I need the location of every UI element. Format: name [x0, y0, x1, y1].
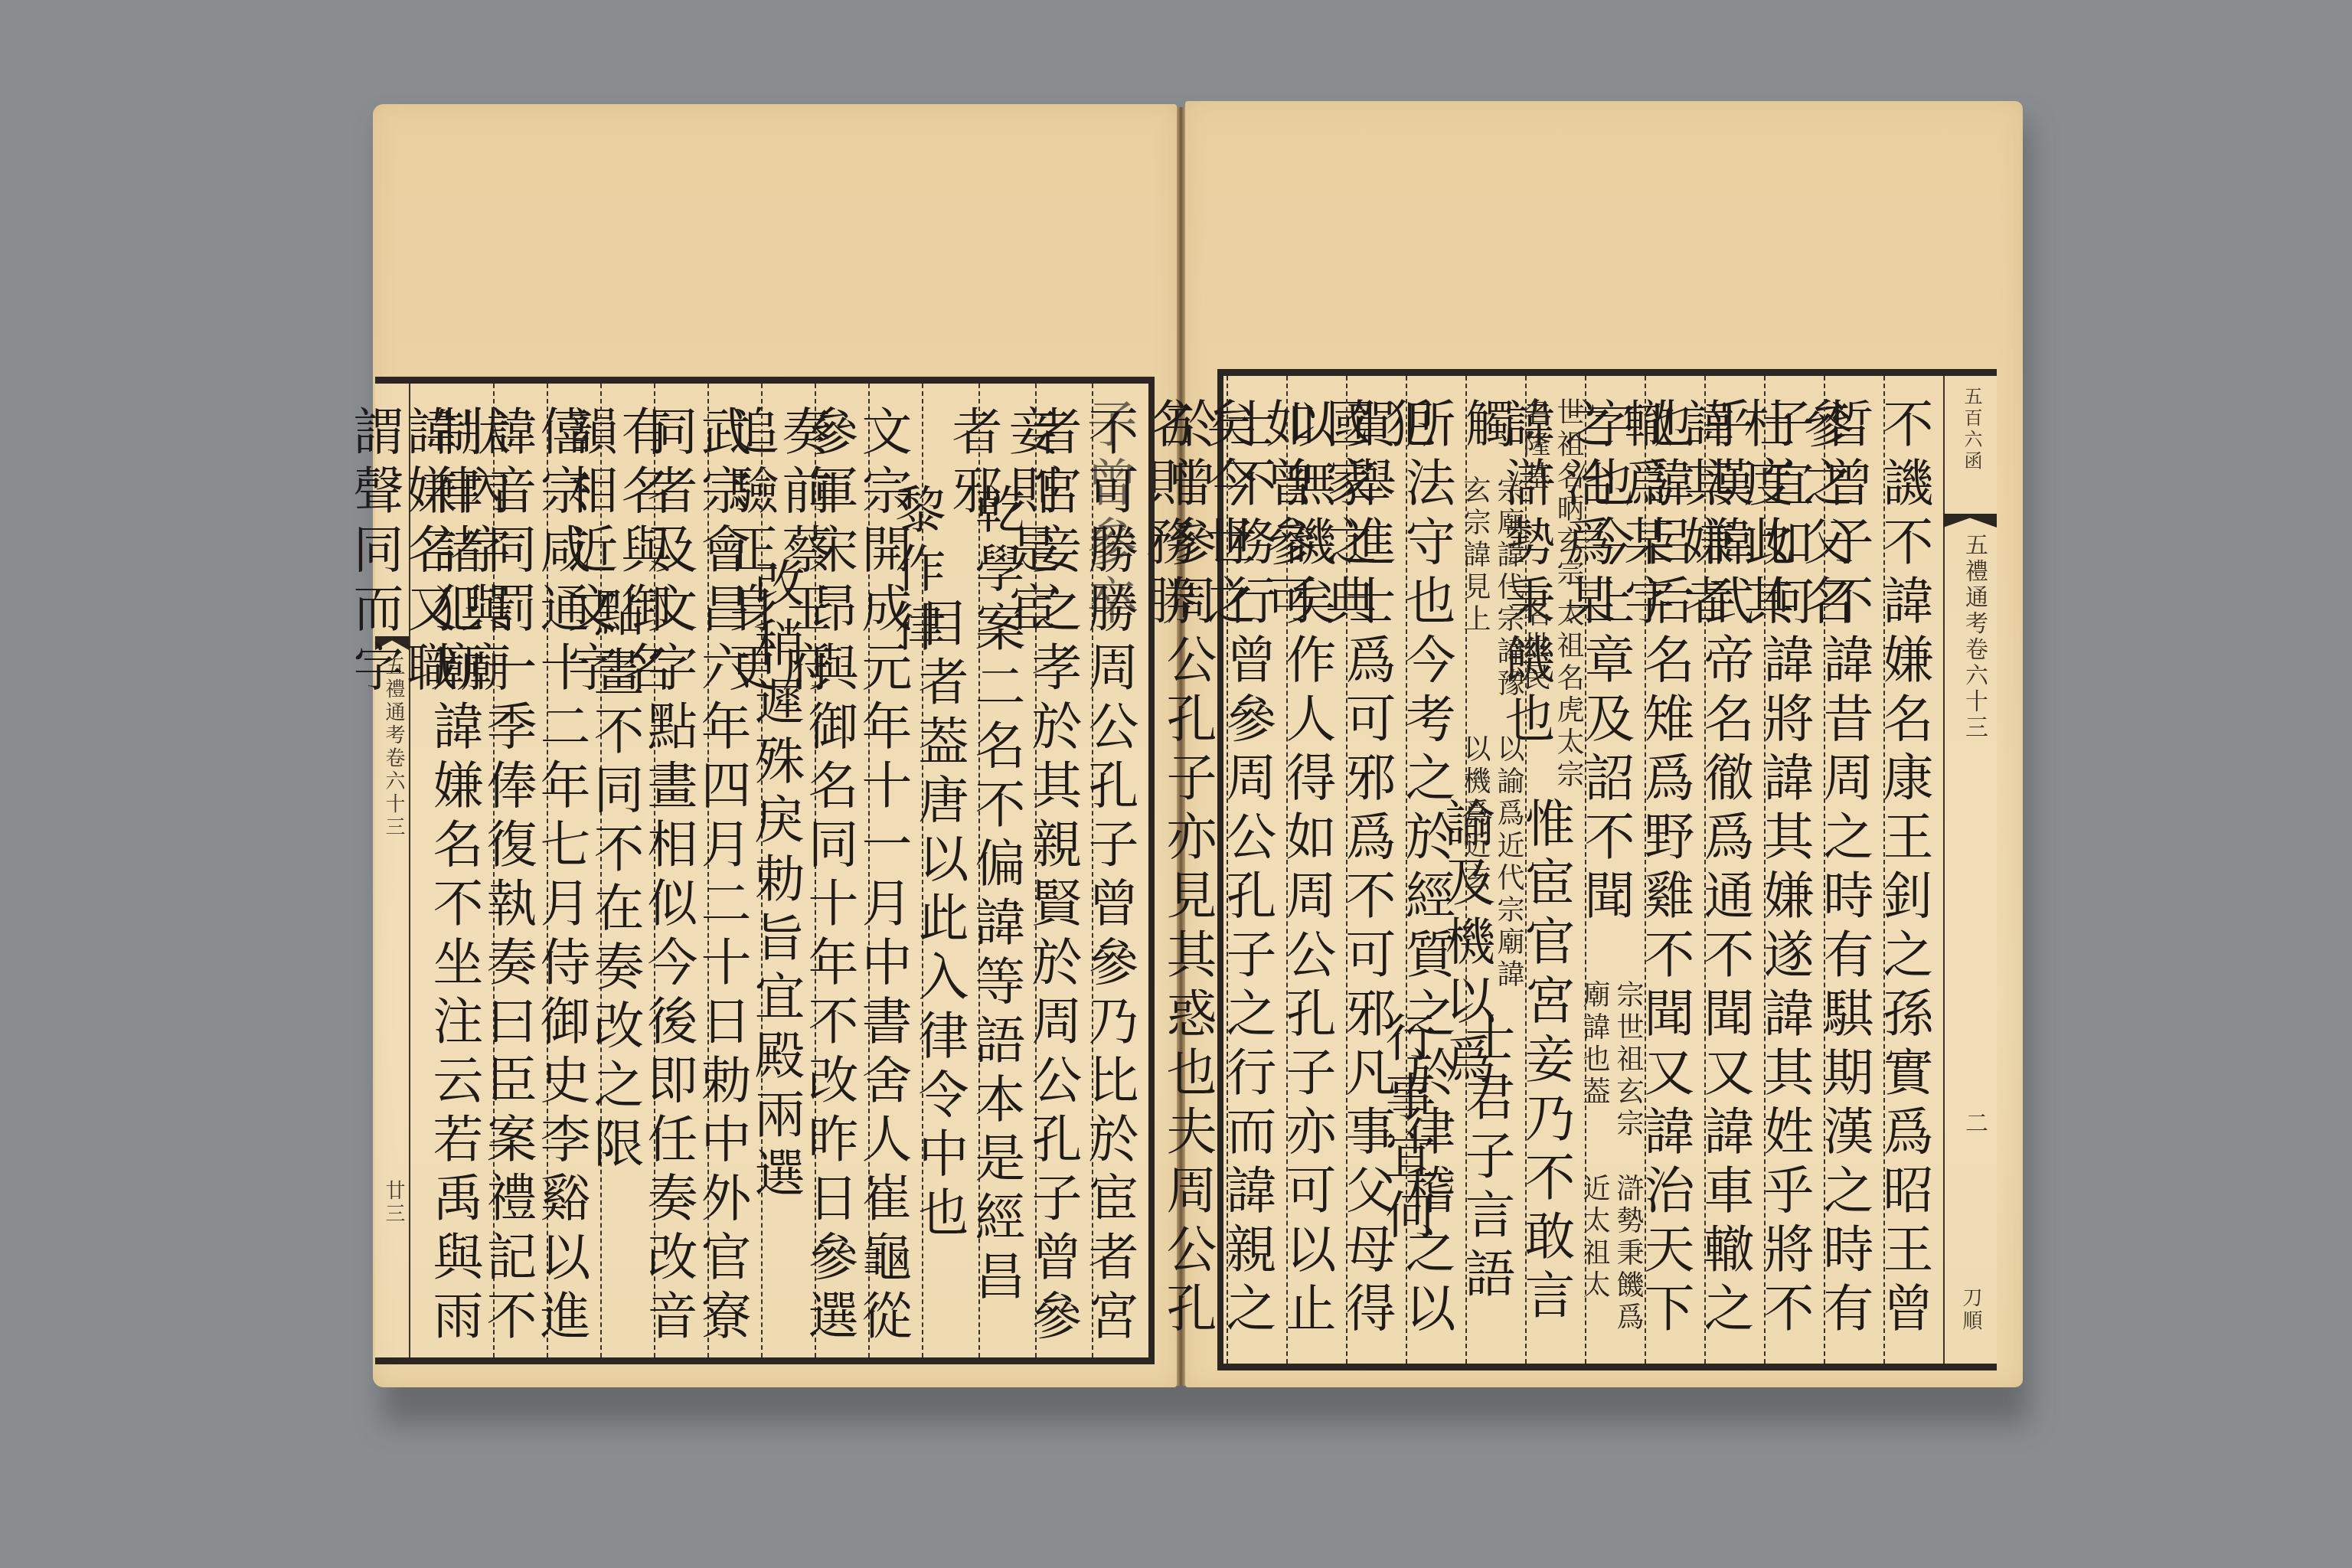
column-text: 賀舉進士爲可邪爲不可邪凡事父母得如曾參可 [1347, 397, 1406, 1364]
text-column: 制律諸犯廟諱嫌名不坐注云若禹與雨謂聲同而字 [439, 384, 493, 1357]
left-page-text-frame: 五禮通考卷六十三 廿三 不可勝勝周公孔子曾參乃比於宦者宮妾則是宦 者宮妾之孝於其… [375, 377, 1155, 1364]
text-column: 武宗會昌六年四月二十日勅中外官寮有名與御名 [707, 384, 761, 1357]
column-text: 不譏不諱嫌名康王釗之孫實爲昭王曾參之父名 [1885, 397, 1943, 1364]
fishtail-mark [1943, 514, 1997, 528]
text-column: 同者及文字點畫相似今後即任奏改音韻相近文字 [654, 384, 707, 1357]
text-column: 賀舉進士爲可邪爲不可邪凡事父母得如曾參可 [1346, 376, 1406, 1364]
text-column: 乎漢諱武帝名徹爲通不聞又諱車轍之轍爲某字 [1704, 376, 1764, 1364]
text-column: 晳曾子不諱昔周之時有騏期漢之時有杜度此其 [1824, 376, 1883, 1364]
column-text: 參軍宋昂與御名同十年不改昨日參選追驗正身更 [816, 405, 868, 1357]
annotation-line: 以諭爲近代宗廟諱以機爲近玄 [1467, 734, 1525, 1011]
annotation: 滸勢秉饑爲近太祖太 宗世祖玄宗廟諱也葢 [1586, 980, 1645, 1364]
text-column: 參軍宋昂與御名同十年不改昨日參選追驗正身更 [815, 384, 868, 1357]
column-text: 乾學案二名不偏諱等語本是經昌黎作律 [980, 483, 1035, 1357]
annotation-line: 滸勢秉饑爲近太祖太 [1586, 1174, 1645, 1364]
margin-bottom-label: 刀順 [1957, 1287, 1985, 1333]
text-column: 不可勝勝周公孔子曾參乃比於宦者宮妾則是宦 [1092, 384, 1148, 1357]
text-column: 觸犯 以諭爲近代宗廟諱以機爲近玄 宗廟諱代宗諱豫玄宗諱見上 士君子言語行事宜何 [1465, 376, 1525, 1364]
column-text: 者宮妾之孝於其親賢於周公孔子曾參者邪 [1037, 405, 1092, 1357]
column-text: 僖宗咸通十二年七月侍御史李谿以進狀內字與廟 [548, 405, 600, 1357]
column-text: 也諱呂后名雉爲野雞不聞又諱治天下之治爲某 [1646, 397, 1704, 1364]
column-text: 諱音同罰一季俸復執奏曰臣案禮記不諱嫌名又職 [495, 405, 547, 1357]
annotation-line: 宗世祖玄宗廟諱也葢 [1586, 980, 1645, 1170]
column-text: 觸犯 [1467, 397, 1525, 475]
column-text: 武宗會昌六年四月二十日勅中外官寮有名與御名 [709, 405, 761, 1357]
column-text: 乎漢諱武帝名徹爲通不聞又諱車轍之轍爲某字 [1706, 397, 1764, 1364]
text-column: 點畫不同不在奏改之限 [600, 384, 654, 1357]
column-text: 不可勝勝周公孔子曾參乃比於宦者宮妾則是宦 [1093, 405, 1148, 1357]
text-column: 所法守也今考之於經質之於律稽之以國家之典 [1406, 376, 1465, 1364]
column-text: 點畫不同不在奏改之限 [602, 586, 654, 1176]
text-column: 字也今上章及詔不聞諱滸勢秉饑也 滸勢秉饑爲近太祖太 宗世祖玄宗廟諱也葢 [1585, 376, 1645, 1364]
text-column: 者宮妾之孝於其親賢於周公孔子曾參者邪 [1035, 384, 1092, 1357]
text-column: 不譏不諱嫌名康王釗之孫實爲昭王曾參之父名 [1883, 376, 1943, 1364]
text-column: 太祖名虎太宗名世民 世祖名昞玄宗名隆基 惟宦官宮妾乃不敢言諭及機以爲 [1525, 376, 1585, 1364]
column-text: 於曾參周公孔子亦見其惑也夫周公孔子曾參卒 [1167, 397, 1227, 1364]
column-text: 改稍遲殊戾勅旨宜殿兩選 [763, 557, 815, 1206]
column-text: 士君子言語行事宜何 [1467, 1011, 1525, 1364]
text-column: 於曾參周公孔子亦見其惑也夫周公孔子曾參卒 [1167, 376, 1227, 1364]
text-column: 乾學案二名不偏諱等語本是經昌黎作律 [978, 384, 1035, 1357]
right-page-columns: 不譏不諱嫌名康王釗之孫實爲昭王曾參之父名 晳曾子不諱昔周之時有騏期漢之時有杜度此… [1223, 376, 1943, 1364]
column-text: 文宗開成元年十一月中書舍人崔龜從奏前蔡王府 [870, 405, 922, 1357]
text-column: 士不務行曾參周公孔子之行而諱親之名則務勝 [1227, 376, 1286, 1364]
margin-page-number: 廿三 [380, 1180, 408, 1226]
column-text: 所法守也今考之於經質之於律稽之以國家之典 [1407, 397, 1465, 1364]
annotation: 以諭爲近代宗廟諱以機爲近玄 宗廟諱代宗諱豫玄宗諱見上 [1467, 475, 1525, 1011]
annotation-line: 宗廟諱代宗諱豫玄宗諱見上 [1467, 475, 1525, 731]
column-text: 制律諸犯廟諱嫌名不坐注云若禹與雨謂聲同而字 [439, 405, 493, 1357]
column-text: 惟宦官宮妾乃不敢言諭及機以爲 [1527, 797, 1585, 1364]
column-text: 士不務行曾參周公孔子之行而諱親之名則務勝 [1228, 397, 1286, 1364]
column-text: 目者葢唐以此入律令中也 [923, 596, 978, 1245]
center-margin-strip: 五百六函 五禮通考卷六十三 二 刀順 [1943, 376, 1997, 1364]
margin-page-number: 二 [1957, 1111, 1991, 1137]
annotation-line: 太祖名虎太宗名世民 [1527, 599, 1585, 797]
text-column: 改稍遲殊戾勅旨宜殿兩選 [761, 384, 815, 1357]
annotation-line: 世祖名昞玄宗名隆基 [1527, 397, 1585, 596]
column-text: 晳曾子不諱昔周之時有騏期漢之時有杜度此其 [1825, 397, 1883, 1364]
text-column: 以無譏矣作人得如周公孔子亦可以止矣今世之 [1286, 376, 1346, 1364]
margin-book-title: 五禮通考卷六十三 [1957, 533, 1991, 741]
right-page-text-frame: 不譏不諱嫌名康王釗之孫實爲昭王曾參之父名 晳曾子不諱昔周之時有騏期漢之時有杜度此… [1217, 369, 1997, 1370]
text-column: 目者葢唐以此入律令中也 [922, 384, 978, 1357]
column-text: 以無譏矣作人得如周公孔子亦可以止矣今世之 [1288, 397, 1346, 1364]
text-column: 諱音同罰一季俸復執奏曰臣案禮記不諱嫌名又職 [493, 384, 547, 1357]
text-column: 子宜如何諱將諱其嫌遂諱其姓乎將不諱其嫌者 [1764, 376, 1824, 1364]
column-text: 同者及文字點畫相似今後即任奏改音韻相近文字 [655, 405, 707, 1357]
text-column: 僖宗咸通十二年七月侍御史李谿以進狀內字與廟 [547, 384, 600, 1357]
text-column: 文宗開成元年十一月中書舍人崔龜從奏前蔡王府 [868, 384, 922, 1357]
annotation: 太祖名虎太宗名世民 世祖名昞玄宗名隆基 [1527, 397, 1585, 797]
left-page-columns: 不可勝勝周公孔子曾參乃比於宦者宮妾則是宦 者宮妾之孝於其親賢於周公孔子曾參者邪 … [410, 384, 1148, 1357]
margin-top-label: 五百六函 [1958, 387, 1985, 472]
column-text: 字也今上章及詔不聞諱滸勢秉饑也 [1586, 397, 1645, 980]
column-text: 子宜如何諱將諱其嫌遂諱其姓乎將不諱其嫌者 [1766, 397, 1824, 1364]
text-column: 也諱呂后名雉爲野雞不聞又諱治天下之治爲某 [1645, 376, 1704, 1364]
